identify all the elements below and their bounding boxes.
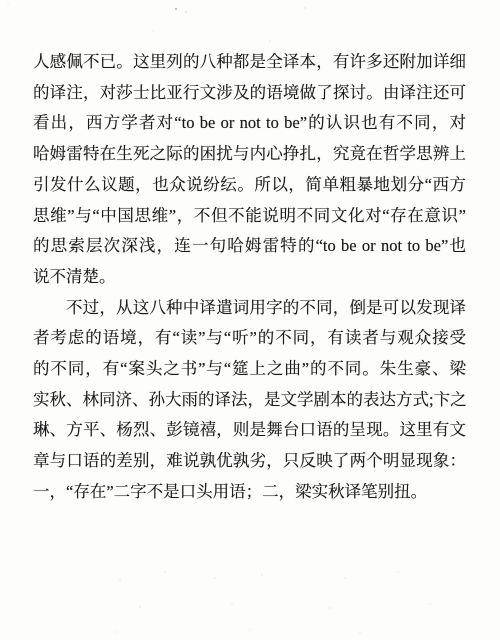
text-line: 的思索层次深浅，连一句哈姆雷特的“to be or not to be”也 [33,231,466,262]
text-line: 一，“存在”二字不是口头用语；二，梁实秋译笔别扭。 [33,477,466,508]
text-line: 章与口语的差别，难说孰优孰劣，只反映了两个明显现象： [33,446,466,477]
text-line: 思维”与“中国思维”，不但不能说明不同文化对“存在意识” [33,201,466,232]
text-line: 的译注，对莎士比亚行文涉及的语境做了探讨。由译注还可 [33,78,466,109]
text-line: 的不同，有“案头之书”与“筵上之曲”的不同。朱生豪、梁 [33,354,466,385]
scanned-page: 人感佩不已。这里列的八种都是全译本，有许多还附加详细 的译注，对莎士比亚行文涉及… [0,0,500,640]
text-line: 哈姆雷特在生死之际的困扰与内心挣扎，究竟在哲学思辨上 [33,139,466,170]
text-line: 实秋、林同济、孙大雨的译法，是文学剧本的表达方式;卞之 [33,385,466,416]
text-block: 人感佩不已。这里列的八种都是全译本，有许多还附加详细 的译注，对莎士比亚行文涉及… [33,47,466,508]
text-line: 者考虑的语境，有“读”与“听”的不同，有读者与观众接受 [33,323,466,354]
text-line: 人感佩不已。这里列的八种都是全译本，有许多还附加详细 [33,47,466,78]
text-line: 琳、方平、杨烈、彭镜禧，则是舞台口语的呈现。这里有文 [33,415,466,446]
text-line: 引发什么议题，也众说纷纭。所以，简单粗暴地划分“西方 [33,170,466,201]
text-line: 看出，西方学者对“to be or not to be”的认识也有不同，对 [33,108,466,139]
text-line: 说不清楚。 [33,262,466,293]
text-line: 不过，从这八种中译遣词用字的不同，倒是可以发现译 [33,293,466,324]
